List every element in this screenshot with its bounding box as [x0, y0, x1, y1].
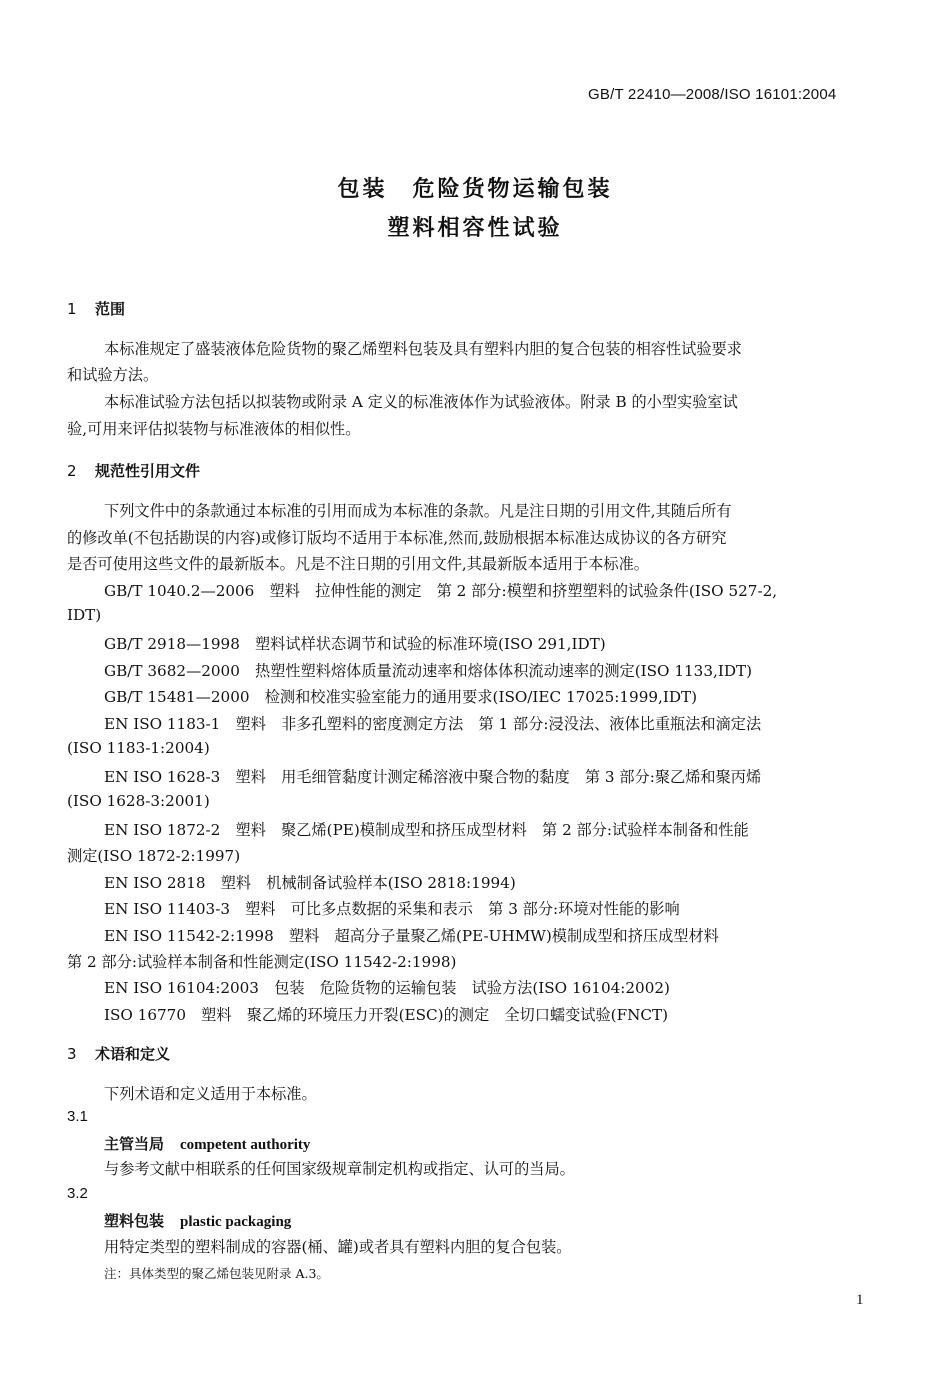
- reference-item: EN ISO 2818 塑料 机械制备试验样本(ISO 2818:1994): [104, 872, 516, 893]
- document-title-line1: 包装 危险货物运输包装: [0, 172, 950, 203]
- reference-item-cont: 第 2 部分:试验样本制备和性能测定(ISO 11542-2:1998): [67, 951, 456, 972]
- clause-number: 3.1: [67, 1108, 88, 1125]
- section-title: 范围: [95, 300, 125, 318]
- reference-item: GB/T 1040.2—2006 塑料 拉伸性能的测定 第 2 部分:模塑和挤塑…: [104, 580, 777, 601]
- paragraph-line: 下列文件中的条款通过本标准的引用而成为本标准的条款。凡是注日期的引用文件,其随后…: [104, 500, 732, 521]
- section-2-heading: 2规范性引用文件: [67, 460, 200, 481]
- paragraph-line: 验,可用来评估拟装物与标准液体的相似性。: [67, 418, 360, 439]
- paragraph-line: 的修改单(不包括勘误的内容)或修订版均不适用于本标准,然而,鼓励根据本标准达成协…: [67, 527, 726, 548]
- term-en: competent authority: [180, 1137, 310, 1153]
- section-3-heading: 3术语和定义: [67, 1043, 170, 1064]
- paragraph-line: 是否可使用这些文件的最新版本。凡是不注日期的引用文件,其最新版本适用于本标准。: [67, 553, 649, 574]
- term-zh: 主管当局: [104, 1135, 164, 1153]
- reference-item: EN ISO 11403-3 塑料 可比多点数据的采集和表示 第 3 部分:环境…: [104, 898, 680, 919]
- term-en: plastic packaging: [180, 1214, 291, 1230]
- reference-item: EN ISO 11542-2:1998 塑料 超高分子量聚乙烯(PE-UHMW)…: [104, 925, 719, 946]
- section-intro: 下列术语和定义适用于本标准。: [104, 1083, 317, 1104]
- clause-number: 3.2: [67, 1185, 88, 1202]
- section-number: 3: [67, 1045, 95, 1063]
- paragraph-line: 本标准规定了盛装液体危险货物的聚乙烯塑料包装及具有塑料内胆的复合包装的相容性试验…: [104, 338, 742, 359]
- reference-item: GB/T 2918—1998 塑料试样状态调节和试验的标准环境(ISO 291,…: [104, 633, 606, 654]
- note: 注：具体类型的聚乙烯包装见附录 A.3。: [104, 1264, 329, 1282]
- section-title: 术语和定义: [95, 1045, 170, 1063]
- section-1-heading: 1范围: [67, 298, 125, 319]
- reference-item: GB/T 15481—2000 检测和校准实验室能力的通用要求(ISO/IEC …: [104, 686, 697, 707]
- reference-item: EN ISO 1183-1 塑料 非多孔塑料的密度测定方法 第 1 部分:浸没法…: [104, 713, 761, 734]
- term-definition: 与参考文献中相联系的任何国家级规章制定机构或指定、认可的当局。: [104, 1158, 575, 1179]
- reference-item: EN ISO 16104:2003 包装 危险货物的运输包装 试验方法(ISO …: [104, 977, 670, 998]
- page-number: 1: [856, 1292, 864, 1309]
- reference-item-cont: (ISO 1183-1:2004): [67, 739, 210, 757]
- reference-item-cont: 测定(ISO 1872-2:1997): [67, 845, 240, 866]
- standard-number: GB/T 22410—2008/ISO 16101:2004: [588, 86, 836, 103]
- paragraph-line: 本标准试验方法包括以拟装物或附录 A 定义的标准液体作为试验液体。附录 B 的小…: [104, 391, 738, 412]
- reference-item-cont: (ISO 1628-3:2001): [67, 792, 210, 810]
- reference-item-cont: IDT): [67, 606, 101, 624]
- section-number: 1: [67, 300, 95, 318]
- reference-item: EN ISO 1628-3 塑料 用毛细管黏度计测定稀溶液中聚合物的黏度 第 3…: [104, 766, 761, 787]
- reference-item: GB/T 3682—2000 热塑性塑料熔体质量流动速率和熔体体积流动速率的测定…: [104, 660, 752, 681]
- paragraph-line: 和试验方法。: [67, 364, 158, 385]
- section-number: 2: [67, 462, 95, 480]
- section-title: 规范性引用文件: [95, 462, 200, 480]
- reference-item: EN ISO 1872-2 塑料 聚乙烯(PE)模制成型和挤压成型材料 第 2 …: [104, 819, 749, 840]
- term-heading: 主管当局competent authority: [104, 1133, 310, 1154]
- document-title-line2: 塑料相容性试验: [0, 211, 950, 242]
- term-definition: 用特定类型的塑料制成的容器(桶、罐)或者具有塑料内胆的复合包装。: [104, 1236, 571, 1257]
- term-zh: 塑料包装: [104, 1212, 164, 1230]
- term-heading: 塑料包装plastic packaging: [104, 1210, 291, 1231]
- reference-item: ISO 16770 塑料 聚乙烯的环境压力开裂(ESC)的测定 全切口蠕变试验(…: [104, 1004, 668, 1025]
